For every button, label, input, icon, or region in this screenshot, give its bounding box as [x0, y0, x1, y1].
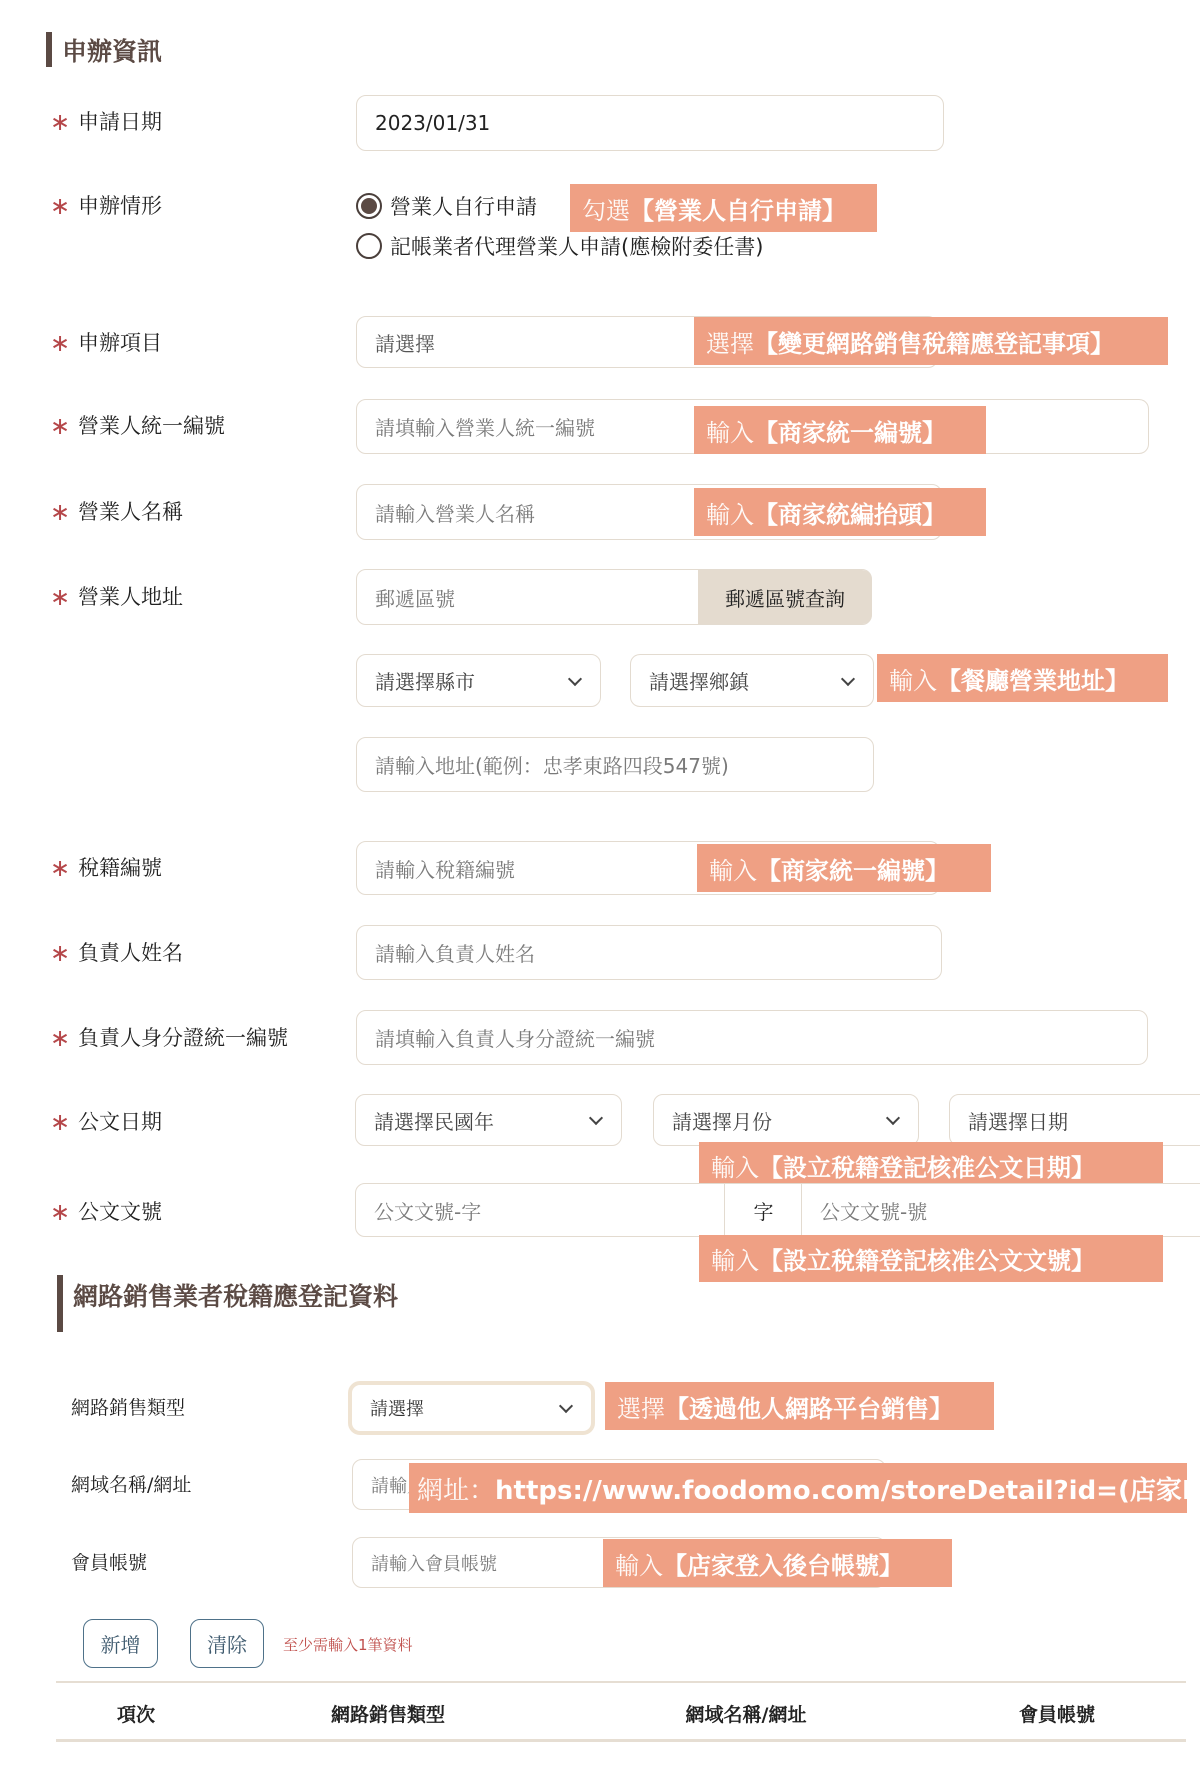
required-asterisk-icon: ∗	[50, 582, 78, 612]
required-asterisk-icon: ∗	[50, 191, 78, 221]
label-text: 營業人統一編號	[78, 411, 225, 441]
label-owner-id: ∗ 負責人身分證統一編號	[50, 1023, 288, 1053]
annotation-target: 【商家統一編號】	[754, 413, 946, 448]
label-business-address: ∗ 營業人地址	[50, 582, 183, 612]
label-text: 申辦情形	[78, 191, 162, 221]
annotation-target: 【營業人自行申請】	[630, 191, 846, 226]
label-doc-number: ∗ 公文文號	[50, 1197, 162, 1227]
day-selected: 請選擇日期	[968, 1106, 1068, 1135]
section-title-online-sales: 網路銷售業者稅籍應登記資料	[57, 1275, 398, 1332]
annotation-tax-id: 輸入 【商家統一編號】	[697, 844, 991, 892]
column-header-domain-url: 網域名稱/網址	[686, 1700, 807, 1727]
placeholder: 請輸入營業人名稱	[375, 498, 535, 527]
chevron-down-icon	[886, 1111, 900, 1125]
label-owner-name: ∗ 負責人姓名	[50, 938, 183, 968]
annotation-apply-situation: 勾選 【營業人自行申請】	[570, 184, 877, 232]
label-tax-id: ∗ 稅籍編號	[50, 853, 162, 883]
section-title-application-info: 申辦資訊	[46, 32, 162, 67]
month-selected: 請選擇月份	[672, 1106, 772, 1135]
annotation-member-account: 輸入 【店家登入後台帳號】	[603, 1539, 952, 1587]
addon-text: 字	[754, 1196, 774, 1225]
owner-name-input[interactable]: 請輸入負責人姓名	[356, 925, 942, 980]
annotation-target: https://www.foodomo.com/storeDetail?id=(…	[495, 1470, 1187, 1507]
table-top-divider	[56, 1681, 1186, 1683]
placeholder: 請填輸入營業人統一編號	[375, 412, 595, 441]
required-asterisk-icon: ∗	[50, 1107, 78, 1137]
required-asterisk-icon: ∗	[50, 107, 78, 137]
annotation-verb: 勾選	[582, 191, 630, 226]
placeholder: 請輸入稅籍編號	[375, 854, 515, 883]
column-header-member-account: 會員帳號	[1019, 1700, 1095, 1727]
annotation-doc-number: 輸入 【設立稅籍登記核准公文文號】	[699, 1235, 1163, 1282]
annotation-verb: 輸入	[706, 495, 754, 530]
annotation-verb: 輸入	[709, 851, 757, 886]
annotation-business-address: 輸入 【餐廳營業地址】	[877, 654, 1168, 702]
required-asterisk-icon: ∗	[50, 938, 78, 968]
sales-type-selected: 請選擇	[370, 1395, 424, 1421]
radio-checked-icon[interactable]	[356, 193, 382, 219]
chevron-down-icon	[568, 671, 582, 685]
annotation-verb: 選擇	[706, 324, 754, 359]
label-member-account: 會員帳號	[71, 1549, 147, 1577]
label-text: 公文文號	[78, 1197, 162, 1227]
doc-month-select[interactable]: 請選擇月份	[653, 1094, 919, 1146]
column-header-sales-type: 網路銷售類型	[331, 1700, 445, 1727]
label-text: 申請日期	[78, 107, 162, 137]
label-apply-situation: ∗ 申辦情形	[50, 191, 162, 221]
section-title-text: 網路銷售業者稅籍應登記資料	[73, 1277, 398, 1313]
placeholder: 請輸入負責人姓名	[375, 938, 535, 967]
annotation-target: 【透過他人網路平台銷售】	[665, 1389, 953, 1424]
label-business-id: ∗ 營業人統一編號	[50, 411, 225, 441]
radio-agent-apply[interactable]: 記帳業者代理營業人申請(應檢附委任書)	[356, 231, 763, 261]
apply-date-value: 2023/01/31	[375, 111, 490, 135]
county-selected: 請選擇縣市	[375, 666, 475, 695]
required-asterisk-icon: ∗	[50, 497, 78, 527]
column-header-index: 項次	[117, 1700, 155, 1727]
placeholder: 請填輸入負責人身分證統一編號	[375, 1023, 655, 1052]
placeholder: 公文文號-號	[820, 1196, 927, 1225]
chevron-down-icon	[589, 1111, 603, 1125]
owner-id-input[interactable]: 請填輸入負責人身分證統一編號	[356, 1010, 1148, 1065]
label-text: 負責人身分證統一編號	[78, 1023, 288, 1053]
annotation-verb: 輸入	[889, 661, 937, 696]
heading-bar	[57, 1275, 63, 1332]
label-text: 公文日期	[78, 1107, 162, 1137]
zip-lookup-button[interactable]: 郵遞區號查詢	[698, 570, 872, 624]
table-header-divider	[56, 1739, 1186, 1742]
placeholder: 公文文號-字	[374, 1196, 481, 1225]
annotation-verb: 輸入	[615, 1546, 663, 1581]
county-select[interactable]: 請選擇縣市	[356, 654, 601, 707]
heading-bar	[46, 32, 52, 67]
placeholder: 請輸入會員帳號	[371, 1550, 497, 1576]
placeholder: 郵遞區號	[375, 583, 455, 612]
doc-day-select[interactable]: 請選擇日期	[949, 1094, 1200, 1146]
annotation-domain-url: 網址： https://www.foodomo.com/storeDetail?…	[409, 1463, 1187, 1513]
chevron-down-icon	[559, 1399, 573, 1413]
annotation-target: 【商家統編抬頭】	[754, 495, 946, 530]
radio-self-apply[interactable]: 營業人自行申請	[356, 191, 537, 221]
section-title-text: 申辦資訊	[62, 32, 162, 68]
radio-label: 營業人自行申請	[390, 191, 537, 221]
online-sales-type-select[interactable]: 請選擇	[348, 1381, 595, 1435]
label-business-name: ∗ 營業人名稱	[50, 497, 183, 527]
doc-number-word-addon: 字	[724, 1183, 802, 1237]
annotation-target: 【變更網路銷售稅籍應登記事項】	[754, 324, 1114, 359]
button-label: 郵遞區號查詢	[725, 583, 845, 612]
annotation-verb: 輸入	[711, 1241, 759, 1276]
annotation-target: 【設立稅籍登記核准公文文號】	[759, 1241, 1095, 1276]
annotation-business-id: 輸入 【商家統一編號】	[694, 406, 986, 454]
annotation-verb: 選擇	[617, 1389, 665, 1424]
apply-date-input[interactable]: 2023/01/31	[356, 95, 944, 151]
annotation-target: 【餐廳營業地址】	[937, 661, 1129, 696]
annotation-target: 【設立稅籍登記核准公文日期】	[759, 1148, 1095, 1183]
label-online-sales-type: 網路銷售類型	[71, 1394, 185, 1422]
required-asterisk-icon: ∗	[50, 328, 78, 358]
radio-label: 記帳業者代理營業人申請(應檢附委任書)	[390, 231, 763, 261]
label-doc-date: ∗ 公文日期	[50, 1107, 162, 1137]
label-apply-date: ∗ 申請日期	[50, 107, 162, 137]
validation-note: 至少需輸入1筆資料	[283, 1634, 413, 1655]
required-asterisk-icon: ∗	[50, 853, 78, 883]
add-button[interactable]: 新增	[83, 1619, 158, 1668]
annotation-target: 【店家登入後台帳號】	[663, 1546, 903, 1581]
annotation-doc-date: 輸入 【設立稅籍登記核准公文日期】	[699, 1142, 1163, 1189]
required-asterisk-icon: ∗	[50, 1023, 78, 1053]
label-text: 稅籍編號	[78, 853, 162, 883]
annotation-online-sales-type: 選擇 【透過他人網路平台銷售】	[605, 1382, 994, 1430]
label-text: 營業人名稱	[78, 497, 183, 527]
label-text: 申辦項目	[78, 328, 162, 358]
annotation-verb: 輸入	[706, 413, 754, 448]
required-asterisk-icon: ∗	[50, 1197, 78, 1227]
town-select[interactable]: 請選擇鄉鎮	[630, 654, 874, 707]
annotation-target: 【商家統一編號】	[757, 851, 949, 886]
radio-unchecked-icon[interactable]	[356, 233, 382, 259]
annotation-verb: 輸入	[711, 1148, 759, 1183]
annotation-verb: 網址：	[417, 1470, 495, 1507]
clear-button[interactable]: 清除	[190, 1619, 264, 1668]
label-apply-item: ∗ 申辦項目	[50, 328, 162, 358]
label-text: 營業人地址	[78, 582, 183, 612]
doc-number-word-input[interactable]: 公文文號-字	[355, 1183, 727, 1237]
placeholder: 請輸入地址(範例：忠孝東路四段547號)	[375, 750, 729, 779]
annotation-business-name: 輸入 【商家統編抬頭】	[694, 488, 986, 536]
chevron-down-icon	[841, 671, 855, 685]
address-input[interactable]: 請輸入地址(範例：忠孝東路四段547號)	[356, 737, 874, 792]
label-domain-url: 網域名稱/網址	[71, 1471, 191, 1499]
apply-item-selected: 請選擇	[375, 328, 435, 357]
town-selected: 請選擇鄉鎮	[649, 666, 749, 695]
label-text: 負責人姓名	[78, 938, 183, 968]
year-selected: 請選擇民國年	[374, 1106, 494, 1135]
required-asterisk-icon: ∗	[50, 411, 78, 441]
doc-number-num-input[interactable]: 公文文號-號	[801, 1183, 1200, 1237]
annotation-apply-item: 選擇 【變更網路銷售稅籍應登記事項】	[694, 317, 1168, 365]
doc-year-select[interactable]: 請選擇民國年	[355, 1094, 622, 1146]
